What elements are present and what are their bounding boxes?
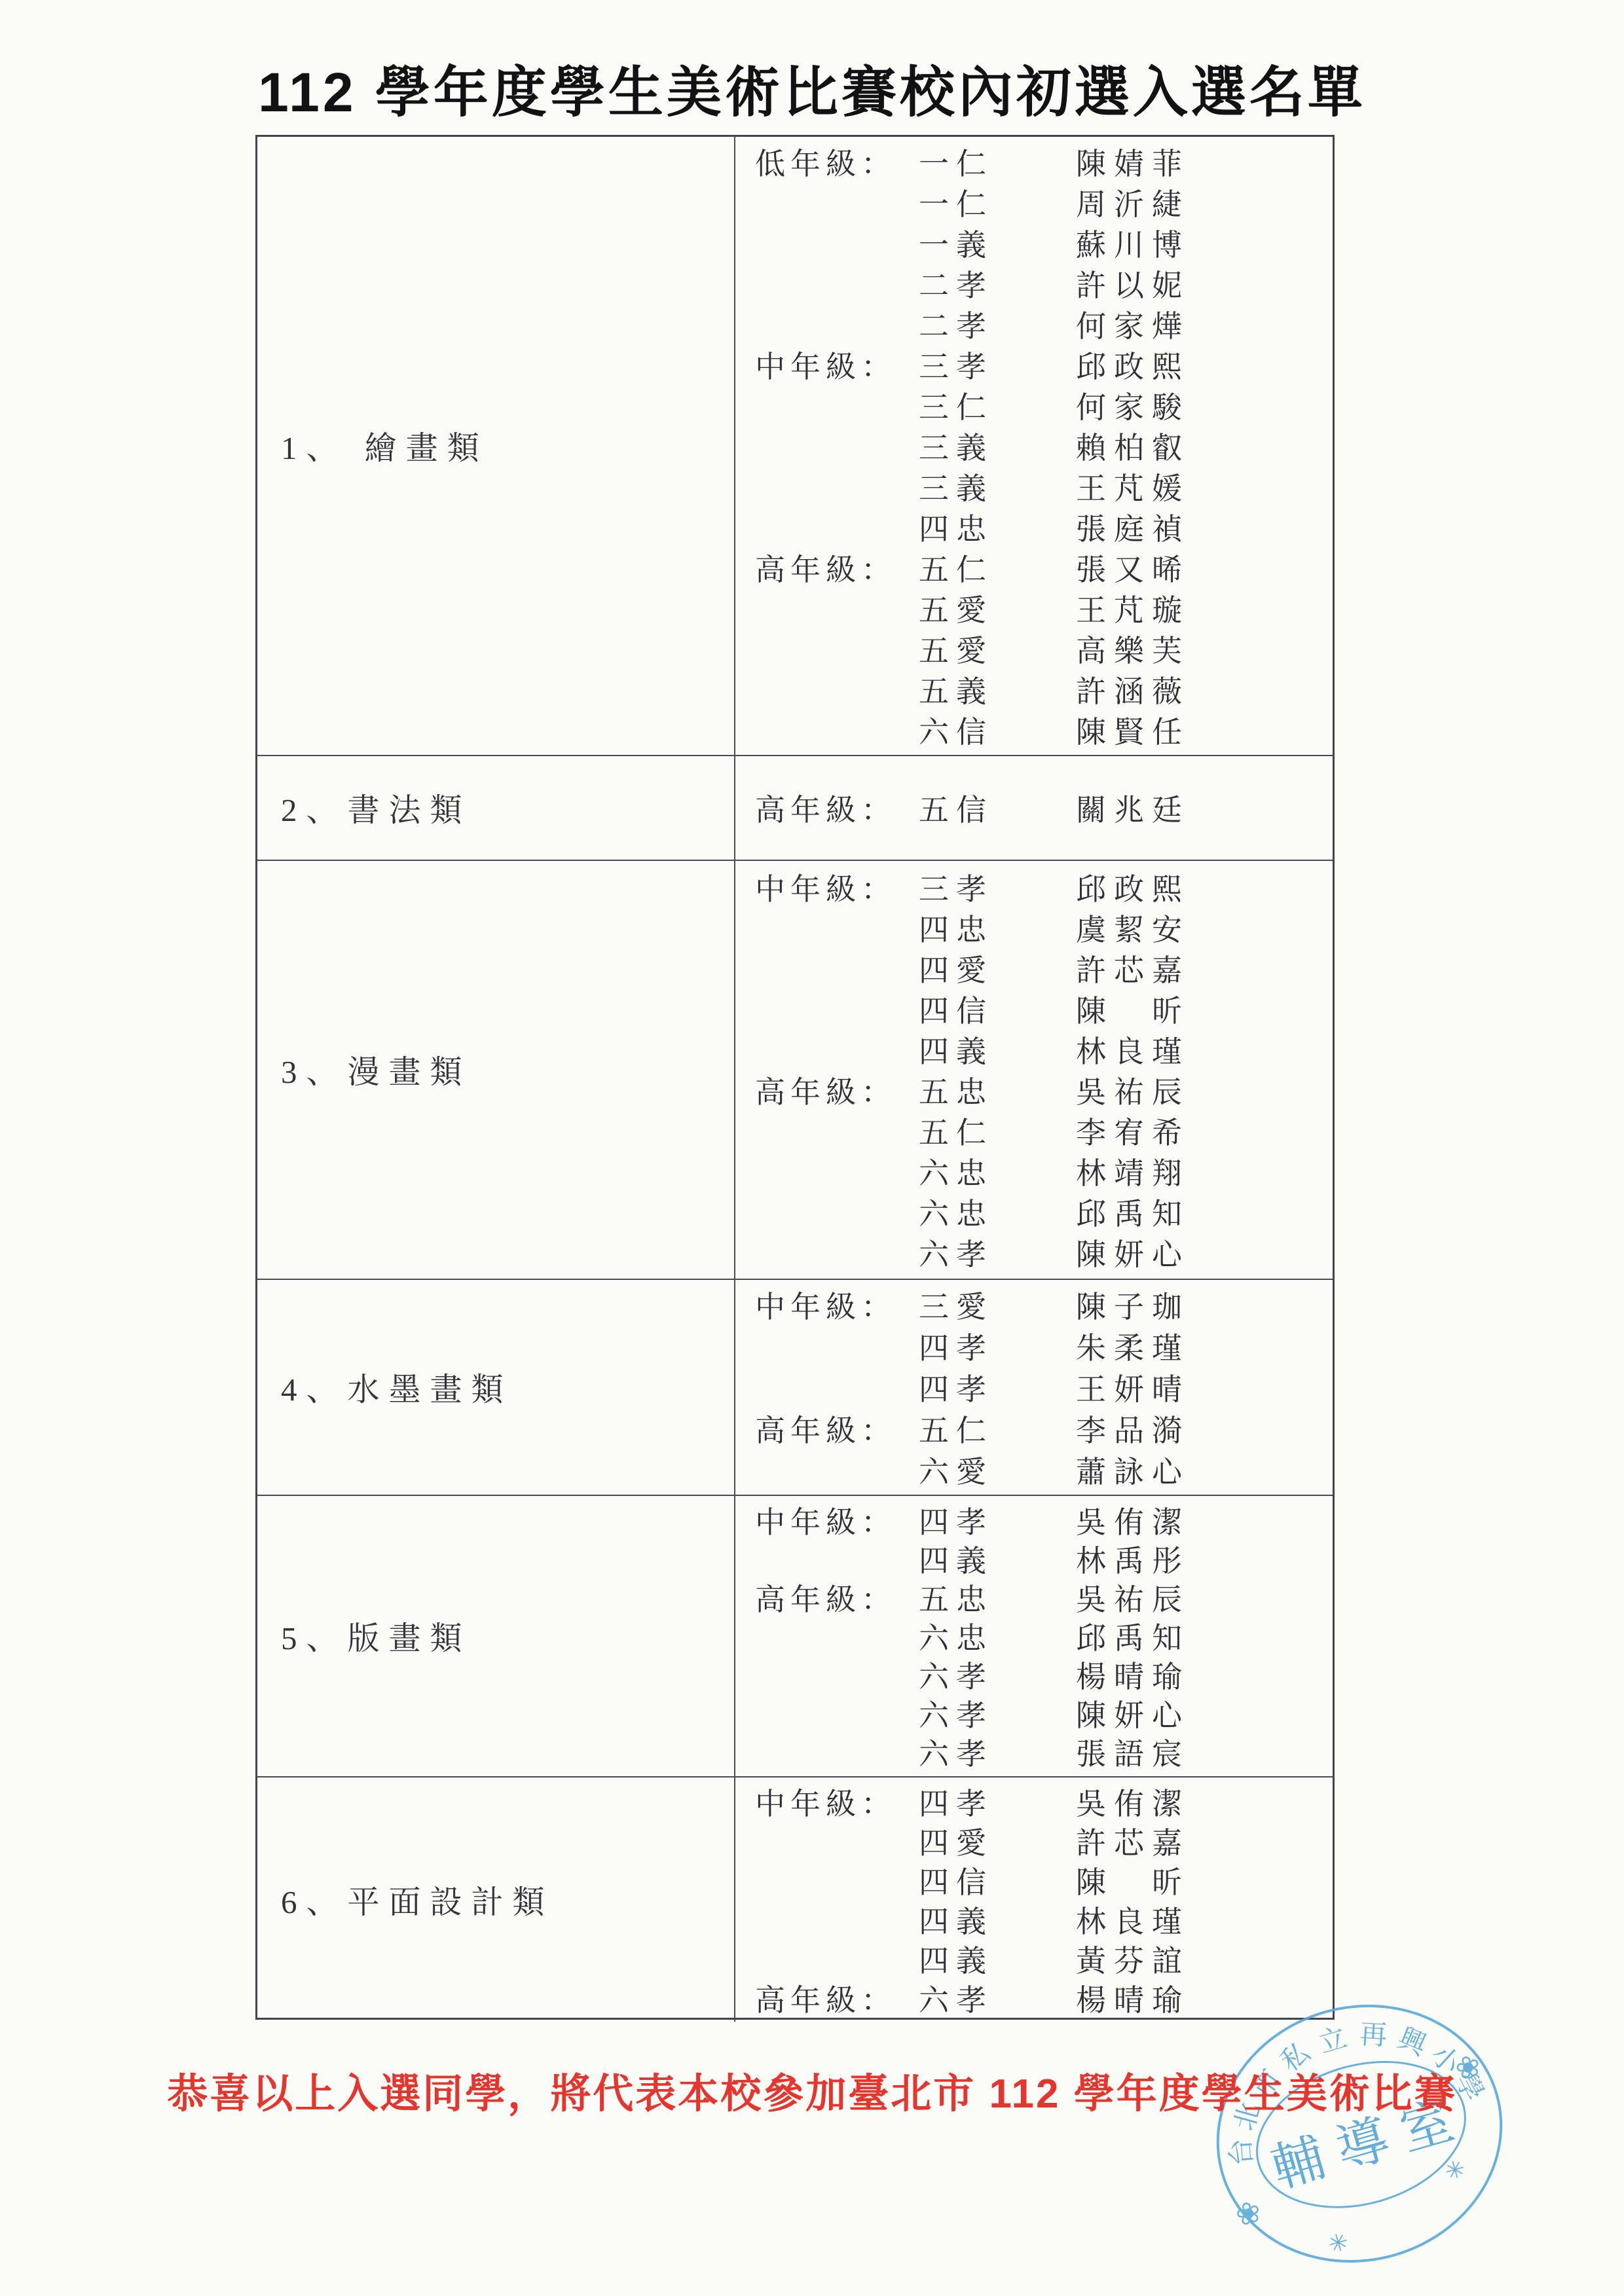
entry-grade: 中年級： bbox=[755, 866, 919, 909]
entry-class: 四愛 bbox=[919, 1819, 1076, 1863]
entries-cell: 中年級：四孝吳侑潔四義林禹彤高年級：五忠吳祐辰六忠邱禹知六孝楊晴瑜六孝陳妍心六孝… bbox=[735, 1496, 1333, 1776]
entry-class: 一義 bbox=[919, 221, 1076, 264]
entry-name: 吳侑潔 bbox=[1076, 1499, 1190, 1542]
entry-class: 五仁 bbox=[919, 1109, 1076, 1152]
entry-class: 五忠 bbox=[919, 1068, 1076, 1112]
student-entry: 中年級：四孝吳侑潔 bbox=[755, 1501, 1333, 1540]
student-entry: 六忠林靖翔 bbox=[755, 1151, 1333, 1192]
student-entry: 高年級：五仁張又晞 bbox=[755, 547, 1333, 588]
entry-class: 四孝 bbox=[919, 1324, 1076, 1368]
entry-grade: 高年級： bbox=[755, 1068, 919, 1112]
student-entry: 四信陳 昕 bbox=[755, 989, 1333, 1029]
student-entry: 低年級：一仁陳婧菲 bbox=[755, 141, 1333, 182]
entry-class: 二孝 bbox=[919, 262, 1076, 305]
category-cell: 3、漫畫類 bbox=[257, 861, 735, 1279]
entry-class: 四孝 bbox=[919, 1366, 1076, 1409]
entry-name: 林禹彤 bbox=[1076, 1537, 1190, 1580]
entry-name: 張庭禎 bbox=[1076, 505, 1190, 549]
entry-name: 張又晞 bbox=[1076, 546, 1190, 589]
table-row: 4、水墨畫類中年級：三愛陳子珈四孝朱柔瑾四孝王妍晴高年級：五仁李品漪六愛蕭詠心 bbox=[257, 1279, 1333, 1495]
student-entry: 中年級：三孝邱政熙 bbox=[755, 344, 1333, 385]
entry-name: 陳 昕 bbox=[1076, 1859, 1190, 1902]
student-entry: 六孝陳妍心 bbox=[755, 1694, 1333, 1733]
student-entry: 三義賴柏叡 bbox=[755, 426, 1333, 466]
student-entry: 五仁李宥希 bbox=[755, 1110, 1333, 1151]
entry-class: 三仁 bbox=[919, 384, 1076, 427]
entry-class: 五仁 bbox=[919, 546, 1076, 589]
entry-class: 三孝 bbox=[919, 866, 1076, 909]
entry-name: 林良瑾 bbox=[1076, 1028, 1190, 1071]
entry-class: 四愛 bbox=[919, 947, 1076, 990]
table-row: 1、 繪畫類低年級：一仁陳婧菲一仁周沂緁一義蘇川博二孝許以妮二孝何家燁中年級：三… bbox=[257, 137, 1333, 755]
entry-class: 五愛 bbox=[919, 587, 1076, 630]
entry-class: 六孝 bbox=[919, 1977, 1076, 2020]
entry-name: 陳婧菲 bbox=[1076, 140, 1190, 183]
student-entry: 四愛許芯嘉 bbox=[755, 948, 1333, 989]
category-label: 6、平面設計類 bbox=[281, 1877, 554, 1923]
entry-class: 六忠 bbox=[919, 1150, 1076, 1193]
entry-name: 陳 昕 bbox=[1076, 987, 1190, 1030]
entry-name: 許以妮 bbox=[1076, 262, 1190, 305]
student-entry: 高年級：六孝楊晴瑜 bbox=[755, 1978, 1333, 2018]
entry-class: 六孝 bbox=[919, 1692, 1076, 1735]
student-entry: 四信陳 昕 bbox=[755, 1861, 1333, 1900]
entry-name: 王芃璇 bbox=[1076, 587, 1190, 630]
entry-grade: 高年級： bbox=[755, 1977, 919, 2020]
category-cell: 1、 繪畫類 bbox=[257, 137, 735, 755]
student-entry: 四愛許芯嘉 bbox=[755, 1821, 1333, 1861]
entry-class: 四義 bbox=[919, 1898, 1076, 1941]
entry-name: 黃芬誼 bbox=[1076, 1937, 1190, 1980]
entry-class: 四信 bbox=[919, 1859, 1076, 1902]
student-entry: 六忠邱禹知 bbox=[755, 1192, 1333, 1232]
category-label: 2、書法類 bbox=[281, 785, 471, 831]
entry-class: 五仁 bbox=[919, 1407, 1076, 1450]
entry-name: 林靖翔 bbox=[1076, 1150, 1190, 1193]
entries-cell: 高年級：五信關兆廷 bbox=[735, 756, 1333, 860]
entry-name: 陳妍心 bbox=[1076, 1692, 1190, 1735]
table-row: 2、書法類高年級：五信關兆廷 bbox=[257, 755, 1333, 860]
entry-class: 六忠 bbox=[919, 1190, 1076, 1233]
student-entry: 四義林禹彤 bbox=[755, 1540, 1333, 1578]
student-entry: 六信陳賢任 bbox=[755, 710, 1333, 750]
entry-name: 吳祐辰 bbox=[1076, 1068, 1190, 1112]
entry-name: 虞絜安 bbox=[1076, 906, 1190, 949]
student-entry: 中年級：三愛陳子珈 bbox=[755, 1285, 1333, 1326]
entry-class: 六忠 bbox=[919, 1614, 1076, 1658]
student-entry: 中年級：四孝吳侑潔 bbox=[755, 1782, 1333, 1821]
student-entry: 三義王芃媛 bbox=[755, 466, 1333, 507]
category-label: 4、水墨畫類 bbox=[281, 1364, 513, 1410]
entry-name: 張語宸 bbox=[1076, 1730, 1190, 1774]
entry-name: 許涵薇 bbox=[1076, 668, 1190, 711]
entry-name: 楊晴瑜 bbox=[1076, 1977, 1190, 2020]
entry-class: 六孝 bbox=[919, 1730, 1076, 1774]
category-cell: 6、平面設計類 bbox=[257, 1777, 735, 2022]
student-entry: 一仁周沂緁 bbox=[755, 182, 1333, 223]
student-entry: 二孝何家燁 bbox=[755, 304, 1333, 344]
entry-grade: 中年級： bbox=[755, 343, 919, 386]
student-entry: 六孝楊晴瑜 bbox=[755, 1656, 1333, 1694]
student-entry: 三仁何家駿 bbox=[755, 385, 1333, 426]
entry-name: 蕭詠心 bbox=[1076, 1448, 1190, 1491]
entry-name: 邱政熙 bbox=[1076, 343, 1190, 386]
student-entry: 四孝朱柔瑾 bbox=[755, 1326, 1333, 1367]
entry-class: 四義 bbox=[919, 1028, 1076, 1071]
category-cell: 5、版畫類 bbox=[257, 1496, 735, 1776]
student-entry: 五愛高樂芙 bbox=[755, 629, 1333, 669]
entry-name: 邱政熙 bbox=[1076, 866, 1190, 909]
entry-class: 六信 bbox=[919, 708, 1076, 752]
table-row: 6、平面設計類中年級：四孝吳侑潔四愛許芯嘉四信陳 昕四義林良瑾四義黃芬誼高年級：… bbox=[257, 1776, 1333, 2022]
entry-grade: 高年級： bbox=[755, 546, 919, 589]
student-entry: 四孝王妍晴 bbox=[755, 1367, 1333, 1408]
entry-grade: 高年級： bbox=[755, 1576, 919, 1619]
page-title: 112 學年度學生美術比賽校內初選入選名單 bbox=[0, 48, 1624, 128]
table-row: 3、漫畫類中年級：三孝邱政熙四忠虞絜安四愛許芯嘉四信陳 昕四義林良瑾高年級：五忠… bbox=[257, 860, 1333, 1279]
entry-name: 林良瑾 bbox=[1076, 1898, 1190, 1941]
entry-class: 六愛 bbox=[919, 1448, 1076, 1491]
entry-class: 四義 bbox=[919, 1537, 1076, 1580]
entry-name: 許芯嘉 bbox=[1076, 947, 1190, 990]
entry-name: 何家燁 bbox=[1076, 302, 1190, 346]
student-entry: 四忠張庭禎 bbox=[755, 507, 1333, 547]
entry-name: 陳賢任 bbox=[1076, 708, 1190, 752]
entry-class: 三孝 bbox=[919, 343, 1076, 386]
entry-name: 周沂緁 bbox=[1076, 181, 1190, 224]
entry-grade: 低年級： bbox=[755, 140, 919, 183]
entry-name: 王妍晴 bbox=[1076, 1366, 1190, 1409]
student-entry: 高年級：五仁李品漪 bbox=[755, 1408, 1333, 1449]
student-entry: 四義黃芬誼 bbox=[755, 1939, 1333, 1978]
student-entry: 六愛蕭詠心 bbox=[755, 1449, 1333, 1491]
entry-class: 一仁 bbox=[919, 181, 1076, 224]
entry-name: 邱禹知 bbox=[1076, 1190, 1190, 1233]
entry-class: 五義 bbox=[919, 668, 1076, 711]
entry-name: 吳侑潔 bbox=[1076, 1780, 1190, 1823]
student-entry: 五愛王芃璇 bbox=[755, 588, 1333, 629]
entry-grade: 高年級： bbox=[755, 1407, 919, 1450]
entry-class: 一仁 bbox=[919, 140, 1076, 183]
entries-cell: 中年級：四孝吳侑潔四愛許芯嘉四信陳 昕四義林良瑾四義黃芬誼高年級：六孝楊晴瑜 bbox=[735, 1777, 1333, 2022]
entry-name: 陳子珈 bbox=[1076, 1283, 1190, 1326]
entry-name: 何家駿 bbox=[1076, 384, 1190, 427]
entry-name: 朱柔瑾 bbox=[1076, 1324, 1190, 1368]
entry-name: 楊晴瑜 bbox=[1076, 1653, 1190, 1696]
student-entry: 五義許涵薇 bbox=[755, 669, 1333, 710]
entry-class: 四義 bbox=[919, 1937, 1076, 1980]
entry-grade: 高年級： bbox=[755, 786, 919, 829]
student-entry: 高年級：五忠吳祐辰 bbox=[755, 1578, 1333, 1617]
entry-class: 四忠 bbox=[919, 505, 1076, 549]
student-entry: 四義林良瑾 bbox=[755, 1029, 1333, 1070]
entry-class: 四孝 bbox=[919, 1780, 1076, 1823]
student-entry: 六孝陳妍心 bbox=[755, 1232, 1333, 1273]
entry-class: 五信 bbox=[919, 786, 1076, 829]
student-entry: 四義林良瑾 bbox=[755, 1900, 1333, 1939]
entry-name: 邱禹知 bbox=[1076, 1614, 1190, 1658]
congratulation-text: 恭喜以上入選同學，將代表本校參加臺北市 112 學年度學生美術比賽 bbox=[0, 2061, 1624, 2119]
entry-class: 五忠 bbox=[919, 1576, 1076, 1619]
entry-name: 吳祐辰 bbox=[1076, 1576, 1190, 1619]
scanned-document-page: 112 學年度學生美術比賽校內初選入選名單 1、 繪畫類低年級：一仁陳婧菲一仁周… bbox=[0, 0, 1624, 2296]
entry-class: 四信 bbox=[919, 987, 1076, 1030]
category-cell: 4、水墨畫類 bbox=[257, 1280, 735, 1495]
entry-name: 高樂芙 bbox=[1076, 627, 1190, 670]
entry-name: 陳妍心 bbox=[1076, 1231, 1190, 1274]
student-entry: 四忠虞絜安 bbox=[755, 907, 1333, 948]
student-entry: 中年級：三孝邱政熙 bbox=[755, 867, 1333, 907]
selection-table: 1、 繪畫類低年級：一仁陳婧菲一仁周沂緁一義蘇川博二孝許以妮二孝何家燁中年級：三… bbox=[255, 135, 1335, 2020]
student-entry: 高年級：五忠吳祐辰 bbox=[755, 1070, 1333, 1110]
student-entry: 一義蘇川博 bbox=[755, 223, 1333, 263]
entry-name: 王芃媛 bbox=[1076, 465, 1190, 508]
entry-grade: 中年級： bbox=[755, 1780, 919, 1823]
entry-name: 關兆廷 bbox=[1076, 786, 1190, 829]
student-entry: 高年級：五信關兆廷 bbox=[755, 760, 1333, 856]
entry-class: 二孝 bbox=[919, 302, 1076, 346]
entries-cell: 低年級：一仁陳婧菲一仁周沂緁一義蘇川博二孝許以妮二孝何家燁中年級：三孝邱政熙三仁… bbox=[735, 137, 1333, 755]
entry-name: 李宥希 bbox=[1076, 1109, 1190, 1152]
entry-class: 三愛 bbox=[919, 1283, 1076, 1326]
stamp-arc-char: 再 bbox=[1358, 2013, 1388, 2053]
entry-class: 四忠 bbox=[919, 906, 1076, 949]
entry-class: 六孝 bbox=[919, 1653, 1076, 1696]
entry-grade: 中年級： bbox=[755, 1499, 919, 1542]
entry-name: 許芯嘉 bbox=[1076, 1819, 1190, 1863]
entry-class: 五愛 bbox=[919, 627, 1076, 670]
category-label: 3、漫畫類 bbox=[281, 1047, 471, 1093]
student-entry: 二孝許以妮 bbox=[755, 263, 1333, 304]
entries-cell: 中年級：三孝邱政熙四忠虞絜安四愛許芯嘉四信陳 昕四義林良瑾高年級：五忠吳祐辰五仁… bbox=[735, 861, 1333, 1279]
entry-class: 三義 bbox=[919, 424, 1076, 467]
category-label: 5、版畫類 bbox=[281, 1613, 471, 1659]
entry-class: 六孝 bbox=[919, 1231, 1076, 1274]
entry-grade: 中年級： bbox=[755, 1283, 919, 1326]
entry-name: 賴柏叡 bbox=[1076, 424, 1190, 467]
table-row: 5、版畫類中年級：四孝吳侑潔四義林禹彤高年級：五忠吳祐辰六忠邱禹知六孝楊晴瑜六孝… bbox=[257, 1495, 1333, 1776]
student-entry: 六忠邱禹知 bbox=[755, 1617, 1333, 1656]
entry-class: 三義 bbox=[919, 465, 1076, 508]
entries-cell: 中年級：三愛陳子珈四孝朱柔瑾四孝王妍晴高年級：五仁李品漪六愛蕭詠心 bbox=[735, 1280, 1333, 1495]
entry-name: 蘇川博 bbox=[1076, 221, 1190, 264]
entry-class: 四孝 bbox=[919, 1499, 1076, 1542]
category-cell: 2、書法類 bbox=[257, 756, 735, 860]
entry-name: 李品漪 bbox=[1076, 1407, 1190, 1450]
student-entry: 六孝張語宸 bbox=[755, 1733, 1333, 1772]
category-label: 1、 繪畫類 bbox=[281, 423, 489, 469]
